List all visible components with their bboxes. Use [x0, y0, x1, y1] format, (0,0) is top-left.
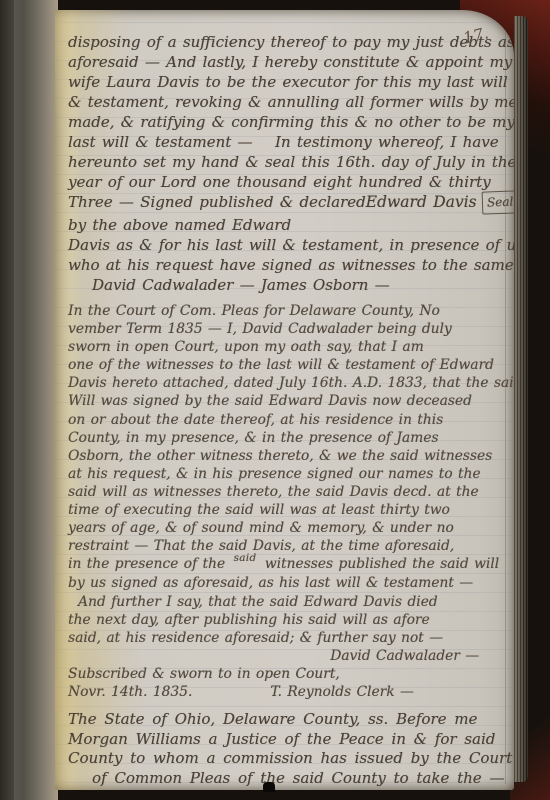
insertion-before: in the presence of the [68, 556, 225, 572]
inserted-word: said [233, 549, 256, 567]
manuscript-line: Davis hereto attached, dated July 16th. … [68, 374, 505, 392]
manuscript-line: wife Laura Davis to be the executor for … [68, 72, 505, 92]
manuscript-line: restraint — That the said Davis, at the … [68, 537, 505, 555]
manuscript-line: Three — Signed published & declared [68, 192, 366, 212]
subscribed-line: Subscribed & sworn to in open Court, [68, 665, 505, 683]
manuscript-line: The State of Ohio, Delaware County, ss. … [68, 710, 505, 730]
manuscript-line: at his request, & in his presence signed… [68, 465, 505, 483]
manuscript-line: by the above named Edward [68, 215, 505, 235]
manuscript-line: County to whom a commission has issued b… [68, 749, 505, 769]
manuscript-line: made, & ratifying & confirming this & no… [68, 112, 505, 132]
book-clasp [263, 782, 275, 792]
manuscript-line: vember Term 1835 — I, David Cadwalader b… [68, 320, 505, 338]
book-gutter [0, 0, 58, 800]
manuscript-line: the next day, after publishing his said … [68, 611, 505, 629]
manuscript-line: disposing of a sufficiency thereof to pa… [68, 32, 505, 52]
gutter-highlight [14, 0, 24, 800]
date-clerk-line: Novr. 14th. 1835. T. Reynolds Clerk — [68, 683, 505, 701]
manuscript-line: of Common Pleas of the said County to ta… [92, 769, 505, 789]
signature-edward-davis: Edward Davis [366, 192, 477, 212]
manuscript-line-with-insertion: in the presence of the said witnesses pu… [68, 555, 505, 574]
page-edge-stack [514, 16, 528, 782]
manuscript-line: one of the witnesses to the last will & … [68, 356, 505, 374]
manuscript-line: Morgan Williams a Justice of the Peace i… [68, 730, 505, 750]
manuscript-line: In the Court of Com. Pleas for Delaware … [68, 302, 505, 320]
ledger-page: 17. disposing of a sufficiency thereof t… [55, 10, 514, 790]
manuscript-line: hereunto set my hand & seal this 16th. d… [68, 152, 505, 172]
clerk-signature: T. Reynolds Clerk — [270, 683, 413, 701]
manuscript-line: time of executing the said will was at l… [68, 501, 505, 519]
manuscript-line: And further I say, that the said Edward … [78, 593, 505, 611]
photo-backdrop: 17. disposing of a sufficiency thereof t… [0, 0, 550, 800]
manuscript-line: Davis as & for his last will & testament… [68, 235, 505, 255]
manuscript-line: on or about the date thereof, at his res… [68, 411, 505, 429]
will-closing-section: disposing of a sufficiency thereof to pa… [68, 32, 505, 295]
manuscript-line: year of our Lord one thousand eight hund… [68, 172, 505, 192]
seal-line: Three — Signed published & declared Edwa… [68, 192, 505, 215]
witness-signatures-line: David Cadwalader — James Osborn — [92, 275, 505, 295]
manuscript-line: & testament, revoking & annulling all fo… [68, 92, 505, 112]
manuscript-line: who at his request have signed as witnes… [68, 255, 505, 275]
manuscript-line: years of age, & of sound mind & memory, … [68, 519, 505, 537]
right-margin-line [505, 16, 506, 784]
date-text: Novr. 14th. 1835. [68, 683, 192, 701]
manuscript-line: County, in my presence, & in the presenc… [68, 429, 505, 447]
manuscript-line: by us signed as aforesaid, as his last w… [68, 574, 505, 592]
jurat-section: The State of Ohio, Delaware County, ss. … [68, 710, 505, 788]
insertion-after: witnesses published the said will [265, 556, 499, 572]
manuscript-line: sworn in open Court, upon my oath say, t… [68, 338, 505, 356]
manuscript-line: said, at his residence aforesaid; & furt… [68, 629, 505, 647]
affidavit-section: In the Court of Com. Pleas for Delaware … [68, 302, 505, 701]
manuscript-line: Osborn, the other witness thereto, & we … [68, 447, 505, 465]
seal-mark: Seal [481, 190, 514, 214]
manuscript-line: said will as witnesses thereto, the said… [68, 483, 505, 501]
signature-david-cadwalader: David Cadwalader — [68, 647, 505, 665]
manuscript-line: last will & testament — In testimony whe… [68, 132, 505, 152]
manuscript-line: Will was signed by the said Edward Davis… [68, 392, 505, 410]
manuscript-line: aforesaid — And lastly, I hereby constit… [68, 52, 505, 72]
